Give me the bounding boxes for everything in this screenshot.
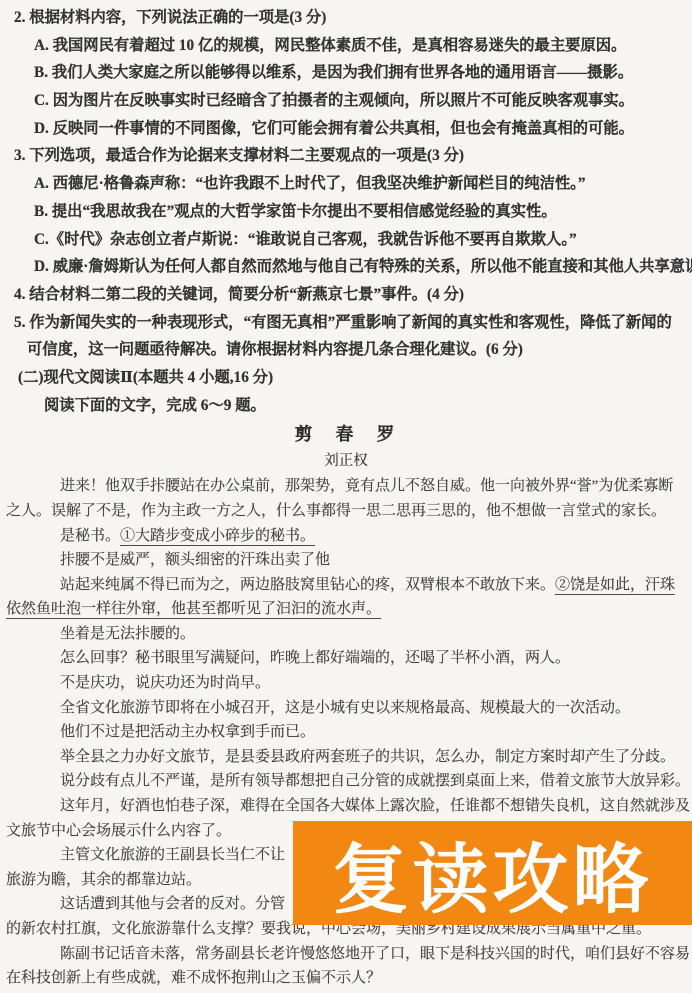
passage-text: 不是庆功，说庆功还为时尚早。	[60, 675, 270, 691]
option-line: C.《时代》杂志创立者卢斯说：“谁敢说自己客观，我就告诉他不要再自欺欺人。”	[0, 226, 692, 254]
passage-line: 坐着是无法拤腰的。	[0, 622, 692, 647]
passage-text: 他们不过是把活动主办权拿到手而已。	[60, 724, 315, 740]
passage-line: 在科技创新上有些成就，难不成怀抱荆山之玉偏不示人？	[0, 966, 692, 991]
passage-line: 依然鱼吐泡一样往外窜，他甚至都听见了汩汩的流水声。	[0, 597, 692, 622]
option-line: D. 威廉·詹姆斯认为任何人都自然而然地与他自己有特殊的关系，所以他不能直接和其…	[0, 253, 692, 281]
passage-line: 不是庆功，说庆功还为时尚早。	[0, 671, 692, 696]
passage-line: 进来！他双手拤腰站在办公桌前，那架势，竟有点儿不怒自威。他一向被外界“誉”为优柔…	[0, 474, 692, 499]
question-stem: 2. 根据材料内容，下列说法正确的一项是(3 分)	[0, 4, 692, 32]
passage-text: 这话遭到其他与会者的反对。分管	[60, 896, 285, 912]
promo-banner-label: 复读攻略	[333, 819, 653, 928]
passage-line: 这年月，好酒也怕巷子深，难得在全国各大媒体上露次脸，任谁都不想错失良机，这自然就…	[0, 794, 692, 819]
passage-text: 陈副书记话音未落，常务副县长老许慢悠悠地开了口，眼下是科技兴国的时代，咱们县好不…	[60, 946, 690, 962]
passage-line: 举全县之力办好文旅节，是县委县政府两套班子的共识，怎么办，制定方案时却产生了分歧…	[0, 745, 692, 770]
question-stem: 5. 作为新闻失实的一种表现形式，“有图无真相”严重影响了新闻的真实性和客观性，…	[0, 309, 692, 337]
passage-text: 是秘书。	[60, 528, 120, 544]
passage-title: 剪 春 罗	[0, 419, 692, 449]
passage-author: 刘正权	[0, 449, 692, 474]
question-stem: 4. 结合材料二第二段的关键词，简要分析“新燕京七景”事件。(4 分)	[0, 281, 692, 309]
option-line: B. 我们人类大家庭之所以能够得以维系，是因为我们拥有世界各地的通用语言——摄影…	[0, 59, 692, 87]
passage-text: 举全县之力办好文旅节，是县委县政府两套班子的共识，怎么办，制定方案时却产生了分歧…	[60, 749, 675, 765]
option-line: D. 反映同一件事情的不同图像，它们可能会拥有着公共真相，但也会有掩盖真相的可能…	[0, 115, 692, 143]
passage-line: 站起来纯属不得已而为之，两边胳肢窝里钻心的疼，双臂根本不敢放下来。②饶是如此，汗…	[0, 573, 692, 598]
passage-text: 主管文化旅游的王副县长当仁不让	[60, 847, 285, 863]
passage-text: 说分歧有点儿不严谨，是所有领导都想把自己分管的成就摆到桌面上来，借着文旅节大放异…	[60, 773, 690, 789]
option-line: B. 提出“我思故我在”观点的大哲学家笛卡尔提出不要相信感觉经验的真实性。	[0, 198, 692, 226]
question-block: 2. 根据材料内容，下列说法正确的一项是(3 分)A. 我国网民有着超过 10 …	[0, 4, 692, 419]
passage-text: 坐着是无法拤腰的。	[60, 626, 195, 642]
passage-line: 是秘书。①大踏步变成小碎步的秘书。	[0, 524, 692, 549]
passage-text: 拤腰不是威严，额头细密的汗珠出卖了他	[60, 552, 330, 568]
scanned-exam-page: { "page": { "bg": "#f6f5f1", "ink": "#33…	[0, 0, 692, 993]
passage-line: 之人。误解了不是，作为主政一方之人，什么事都得一思二思再三思的，他不想做一言堂式…	[0, 499, 692, 524]
passage-text: 怎么回事？秘书眼里写满疑问，昨晚上都好端端的，还喝了半杯小酒，两人。	[60, 650, 570, 666]
option-line: C. 因为图片在反映事实时已经暗含了拍摄者的主观倾向，所以照片不可能反映客观事实…	[0, 87, 692, 115]
reading-instruction: 阅读下面的文字，完成 6～9 题。	[0, 392, 692, 420]
passage-line: 陈副书记话音未落，常务副县长老许慢悠悠地开了口，眼下是科技兴国的时代，咱们县好不…	[0, 942, 692, 967]
exam-page: 2. 根据材料内容，下列说法正确的一项是(3 分)A. 我国网民有着超过 10 …	[0, 0, 692, 993]
passage-line: 说分歧有点儿不严谨，是所有领导都想把自己分管的成就摆到桌面上来，借着文旅节大放异…	[0, 769, 692, 794]
option-line: A. 我国网民有着超过 10 亿的规模，网民整体素质不佳，是真相容易迷失的最主要…	[0, 32, 692, 60]
passage-line: 拤腰不是威严，额头细密的汗珠出卖了他	[0, 548, 692, 573]
section-header: (二)现代文阅读Ⅱ(本题共 4 小题,16 分)	[0, 364, 692, 392]
passage-text: 站起来纯属不得已而为之，两边胳肢窝里钻心的疼，双臂根本不敢放下来。	[60, 577, 555, 593]
option-line: A. 西德尼·格鲁森声称：“也许我跟不上时代了，但我坚决维护新闻栏目的纯洁性。”	[0, 170, 692, 198]
question-stem: 3. 下列选项，最适合作为论据来支撑材料二主要观点的一项是(3 分)	[0, 142, 692, 170]
passage-text: 文旅节中心会场展示什么内容了。	[6, 823, 231, 839]
passage-line: 全省文化旅游节即将在小城召开，这是小城有史以来规格最高、规模最大的一次活动。	[0, 696, 692, 721]
passage-text: 全省文化旅游节即将在小城召开，这是小城有史以来规格最高、规模最大的一次活动。	[60, 700, 630, 716]
passage-text: 这年月，好酒也怕巷子深，难得在全国各大媒体上露次脸，任谁都不想错失良机，这自然就…	[60, 798, 690, 814]
underlined-sentence: 依然鱼吐泡一样往外窜，他甚至都听见了汩汩的流水声。	[6, 601, 381, 619]
passage-text: 之人。误解了不是，作为主政一方之人，什么事都得一思二思再三思的，他不想做一言堂式…	[6, 503, 666, 519]
promo-banner: 复读攻略	[293, 821, 692, 925]
passage-text: 进来！他双手拤腰站在办公桌前，那架势，竟有点儿不怒自威。他一向被外界“誉”为优柔…	[60, 478, 673, 494]
passage-line: 他们不过是把活动主办权拿到手而已。	[0, 720, 692, 745]
passage-text: 旅游为瞻，其余的都靠边站。	[6, 872, 201, 888]
underlined-sentence: ②饶是如此，汗珠	[555, 577, 675, 595]
underlined-sentence: ①大踏步变成小碎步的秘书。	[120, 528, 315, 546]
passage-line: 怎么回事？秘书眼里写满疑问，昨晚上都好端端的，还喝了半杯小酒，两人。	[0, 646, 692, 671]
passage-text: 在科技创新上有些成就，难不成怀抱荆山之玉偏不示人？	[6, 970, 381, 986]
question-stem-continuation: 可信度，这一问题亟待解决。请你根据材料内容提几条合理化建议。(6 分)	[0, 336, 692, 364]
